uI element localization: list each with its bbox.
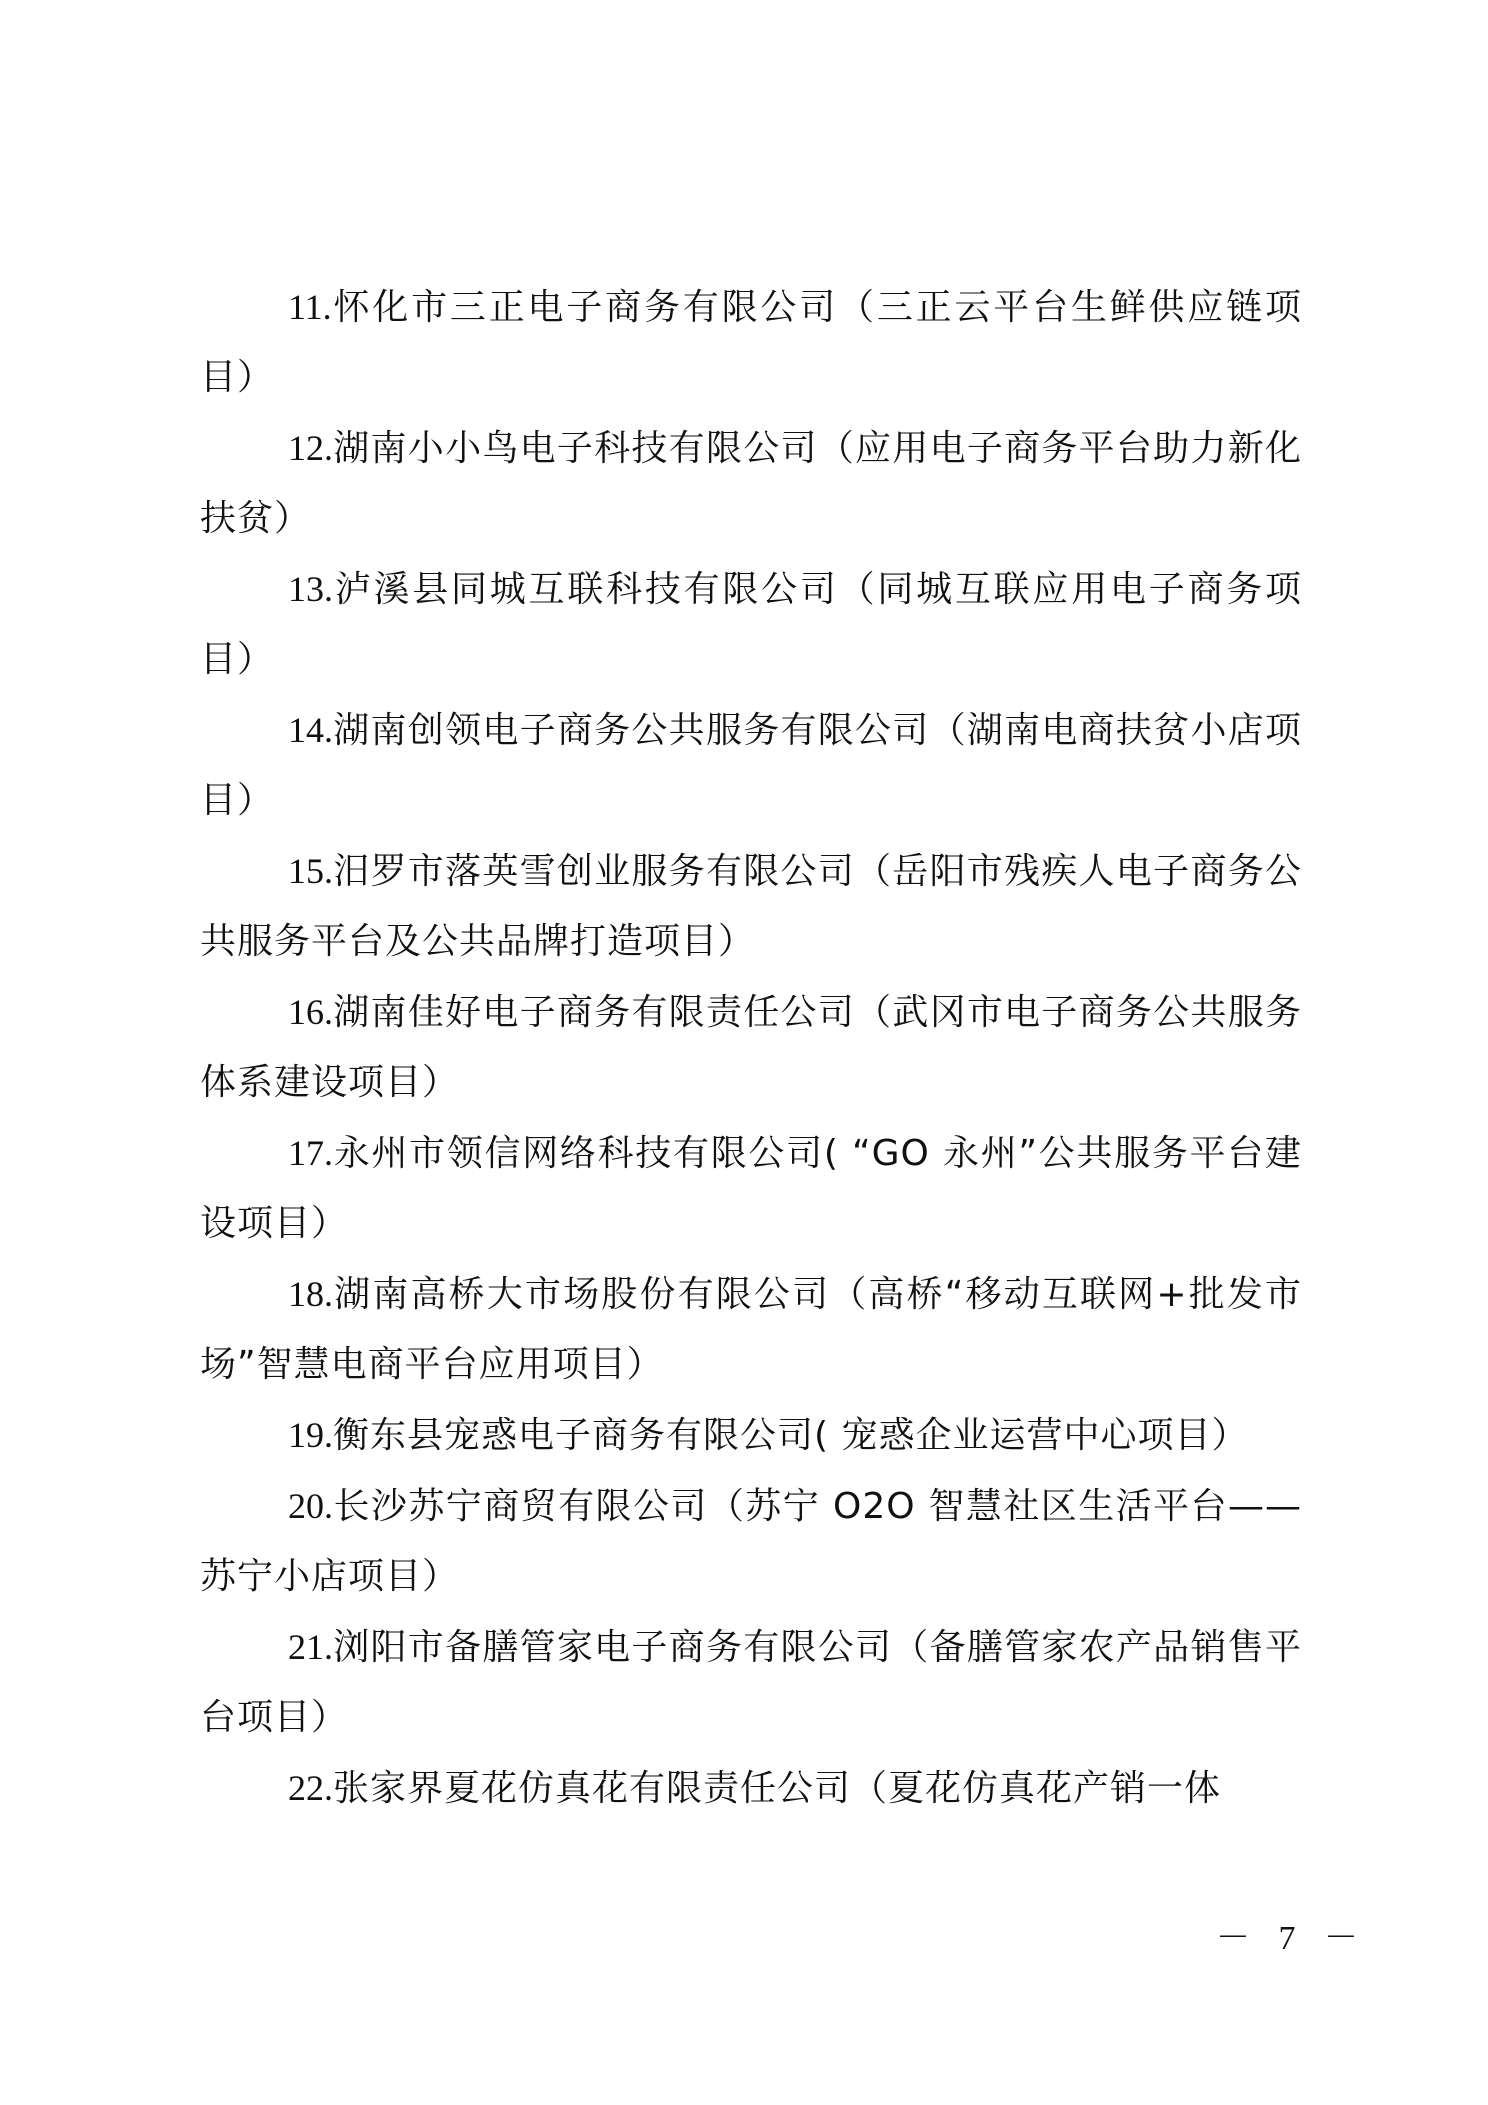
item-number: 20. — [288, 1486, 333, 1526]
list-item: 18.湖南高桥大市场股份有限公司（高桥“移动互联网+批发市场”智慧电商平台应用项… — [200, 1259, 1302, 1400]
list-item: 11.怀化市三正电子商务有限公司（三正云平台生鲜供应链项目） — [200, 272, 1302, 413]
item-number: 16. — [288, 992, 333, 1032]
item-number: 22. — [288, 1768, 333, 1808]
list-item: 22.张家界夏花仿真花有限责任公司（夏花仿真花产销一体 — [200, 1753, 1302, 1824]
item-number: 12. — [288, 428, 333, 468]
list-item: 20.长沙苏宁商贸有限公司（苏宁 O2O 智慧社区生活平台——苏宁小店项目） — [200, 1471, 1302, 1612]
item-text: 湖南高桥大市场股份有限公司（高桥“移动互联网+批发市场”智慧电商平台应用项目） — [200, 1274, 1302, 1385]
item-number: 18. — [288, 1274, 333, 1314]
item-number: 14. — [288, 710, 333, 750]
item-number: 13. — [288, 569, 333, 609]
list-item: 12.湖南小小鸟电子科技有限公司（应用电子商务平台助力新化扶贫） — [200, 413, 1302, 554]
list-item: 21.浏阳市备膳管家电子商务有限公司（备膳管家农产品销售平台项目） — [200, 1612, 1302, 1753]
item-text: 衡东县宠惑电子商务有限公司( 宠惑企业运营中心项目） — [333, 1415, 1249, 1456]
list-item: 13.泸溪县同城互联科技有限公司（同城互联应用电子商务项目） — [200, 554, 1302, 695]
item-text: 湖南佳好电子商务有限责任公司（武冈市电子商务公共服务体系建设项目） — [200, 992, 1302, 1103]
list-item: 16.湖南佳好电子商务有限责任公司（武冈市电子商务公共服务体系建设项目） — [200, 977, 1302, 1118]
item-number: 11. — [288, 287, 332, 327]
item-text: 湖南创领电子商务公共服务有限公司（湖南电商扶贫小店项目） — [200, 710, 1302, 821]
item-text: 张家界夏花仿真花有限责任公司（夏花仿真花产销一体 — [333, 1768, 1221, 1809]
item-text: 浏阳市备膳管家电子商务有限公司（备膳管家农产品销售平台项目） — [200, 1627, 1302, 1738]
item-text: 汨罗市落英雪创业服务有限公司（岳阳市残疾人电子商务公共服务平台及公共品牌打造项目… — [200, 851, 1302, 962]
item-text: 湖南小小鸟电子科技有限公司（应用电子商务平台助力新化扶贫） — [200, 428, 1302, 539]
item-number: 15. — [288, 851, 333, 891]
item-number: 17. — [288, 1133, 333, 1173]
item-number: 21. — [288, 1627, 333, 1667]
document-body: 11.怀化市三正电子商务有限公司（三正云平台生鲜供应链项目） 12.湖南小小鸟电… — [200, 272, 1302, 1824]
list-item: 19.衡东县宠惑电子商务有限公司( 宠惑企业运营中心项目） — [200, 1400, 1302, 1471]
item-text: 永州市领信网络科技有限公司( “GO 永州”公共服务平台建设项目） — [200, 1133, 1302, 1244]
item-text: 怀化市三正电子商务有限公司（三正云平台生鲜供应链项目） — [200, 287, 1302, 398]
list-item: 15.汨罗市落英雪创业服务有限公司（岳阳市残疾人电子商务公共服务平台及公共品牌打… — [200, 836, 1302, 977]
item-text: 泸溪县同城互联科技有限公司（同城互联应用电子商务项目） — [200, 569, 1302, 680]
item-text: 长沙苏宁商贸有限公司（苏宁 O2O 智慧社区生活平台——苏宁小店项目） — [200, 1486, 1302, 1597]
item-number: 19. — [288, 1415, 333, 1455]
page-number: － 7 － — [1216, 1910, 1368, 1959]
list-item: 17.永州市领信网络科技有限公司( “GO 永州”公共服务平台建设项目） — [200, 1118, 1302, 1259]
list-item: 14.湖南创领电子商务公共服务有限公司（湖南电商扶贫小店项目） — [200, 695, 1302, 836]
